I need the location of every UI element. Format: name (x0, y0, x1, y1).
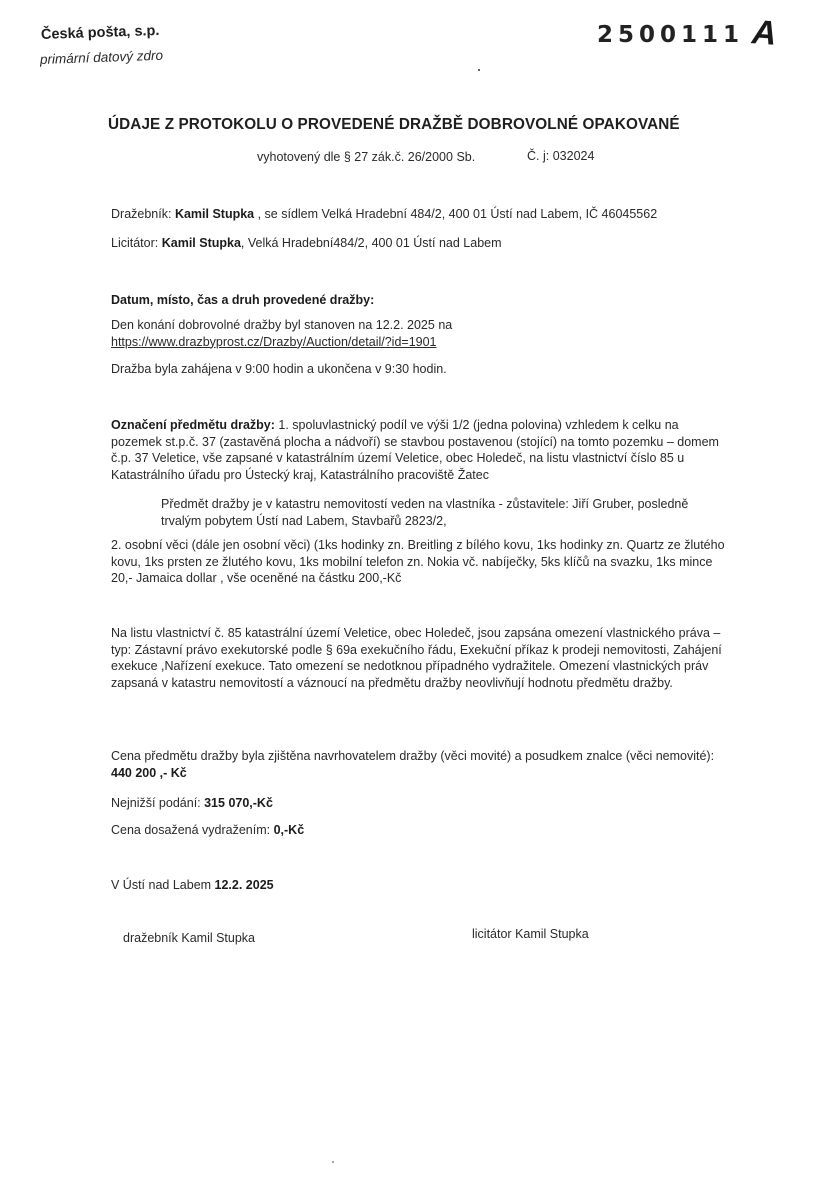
subject-label: Označení předmětu dražby: (111, 418, 275, 432)
subject-item-1: Označení předmětu dražby: 1. spoluvlastn… (111, 417, 731, 483)
scan-speck (332, 1161, 334, 1163)
closing-date: 12.2. 2025 (215, 878, 274, 892)
auctioneer-line: Dražebník: Kamil Stupka , se sídlem Velk… (111, 206, 657, 222)
minimum-bid-label: Nejnižší podání: (111, 796, 204, 810)
closing-place: V Ústí nad Labem (111, 878, 215, 892)
auction-date-text: Den konání dobrovolné dražby byl stanove… (111, 317, 731, 334)
licitator-details: , Velká Hradební484/2, 400 01 Ústí nad L… (241, 236, 502, 250)
auction-date-paragraph: Den konání dobrovolné dražby byl stanove… (111, 317, 731, 350)
auctioneer-details: , se sídlem Velká Hradební 484/2, 400 01… (254, 207, 657, 221)
legal-basis: vyhotovený dle § 27 zák.č. 26/2000 Sb. (257, 150, 475, 164)
reference-value: 032024 (553, 149, 595, 163)
signature-licitator: licitátor Kamil Stupka (472, 927, 589, 941)
document-letter: A (751, 13, 778, 54)
closing-place-date: V Ústí nad Labem 12.2. 2025 (111, 877, 274, 893)
licitator-name: Kamil Stupka (162, 236, 241, 250)
document-number: 2500111 (597, 22, 744, 48)
auctioneer-label: Dražebník: (111, 207, 171, 221)
auction-time-text: Dražba byla zahájena v 9:00 hodin a ukon… (111, 361, 447, 377)
auction-url-link[interactable]: https://www.drazbyprost.cz/Drazby/Auctio… (111, 335, 437, 349)
page-title: ÚDAJE Z PROTOKOLU O PROVEDENÉ DRAŽBĚ DOB… (108, 116, 728, 134)
licitator-line: Licitátor: Kamil Stupka, Velká Hradební4… (111, 235, 502, 251)
subject-item-2: 2. osobní věci (dále jen osobní věci) (1… (111, 537, 731, 587)
achieved-price-label: Cena dosažená vydražením: (111, 823, 274, 837)
minimum-bid-value: 315 070,-Kč (204, 796, 273, 810)
encumbrances-paragraph: Na listu vlastnictví č. 85 katastrální ú… (111, 625, 731, 691)
subject-owner: Předmět dražby je v katastru nemovitostí… (111, 496, 731, 529)
reference-label: Č. j: (527, 149, 549, 163)
signature-auctioneer: dražebník Kamil Stupka (123, 931, 255, 945)
reference-number: Č. j: 032024 (527, 149, 594, 163)
auction-info-heading: Datum, místo, čas a druh provedené dražb… (111, 292, 374, 308)
licitator-label: Licitátor: (111, 236, 158, 250)
scan-speck (478, 69, 480, 71)
postal-stamp-title: Česká pošta, s.p. (41, 23, 160, 43)
postal-stamp-subtitle: primární datový zdro (40, 48, 164, 67)
achieved-price-value: 0,-Kč (274, 823, 305, 837)
auctioneer-name: Kamil Stupka (175, 207, 254, 221)
valuation-value: 440 200 ,- Kč (111, 766, 187, 780)
valuation-paragraph: Cena předmětu dražby byla zjištěna navrh… (111, 748, 731, 781)
achieved-price-line: Cena dosažená vydražením: 0,-Kč (111, 822, 304, 838)
auction-info-heading-text: Datum, místo, čas a druh provedené dražb… (111, 293, 374, 307)
valuation-text: Cena předmětu dražby byla zjištěna navrh… (111, 749, 714, 763)
minimum-bid-line: Nejnižší podání: 315 070,-Kč (111, 795, 273, 811)
